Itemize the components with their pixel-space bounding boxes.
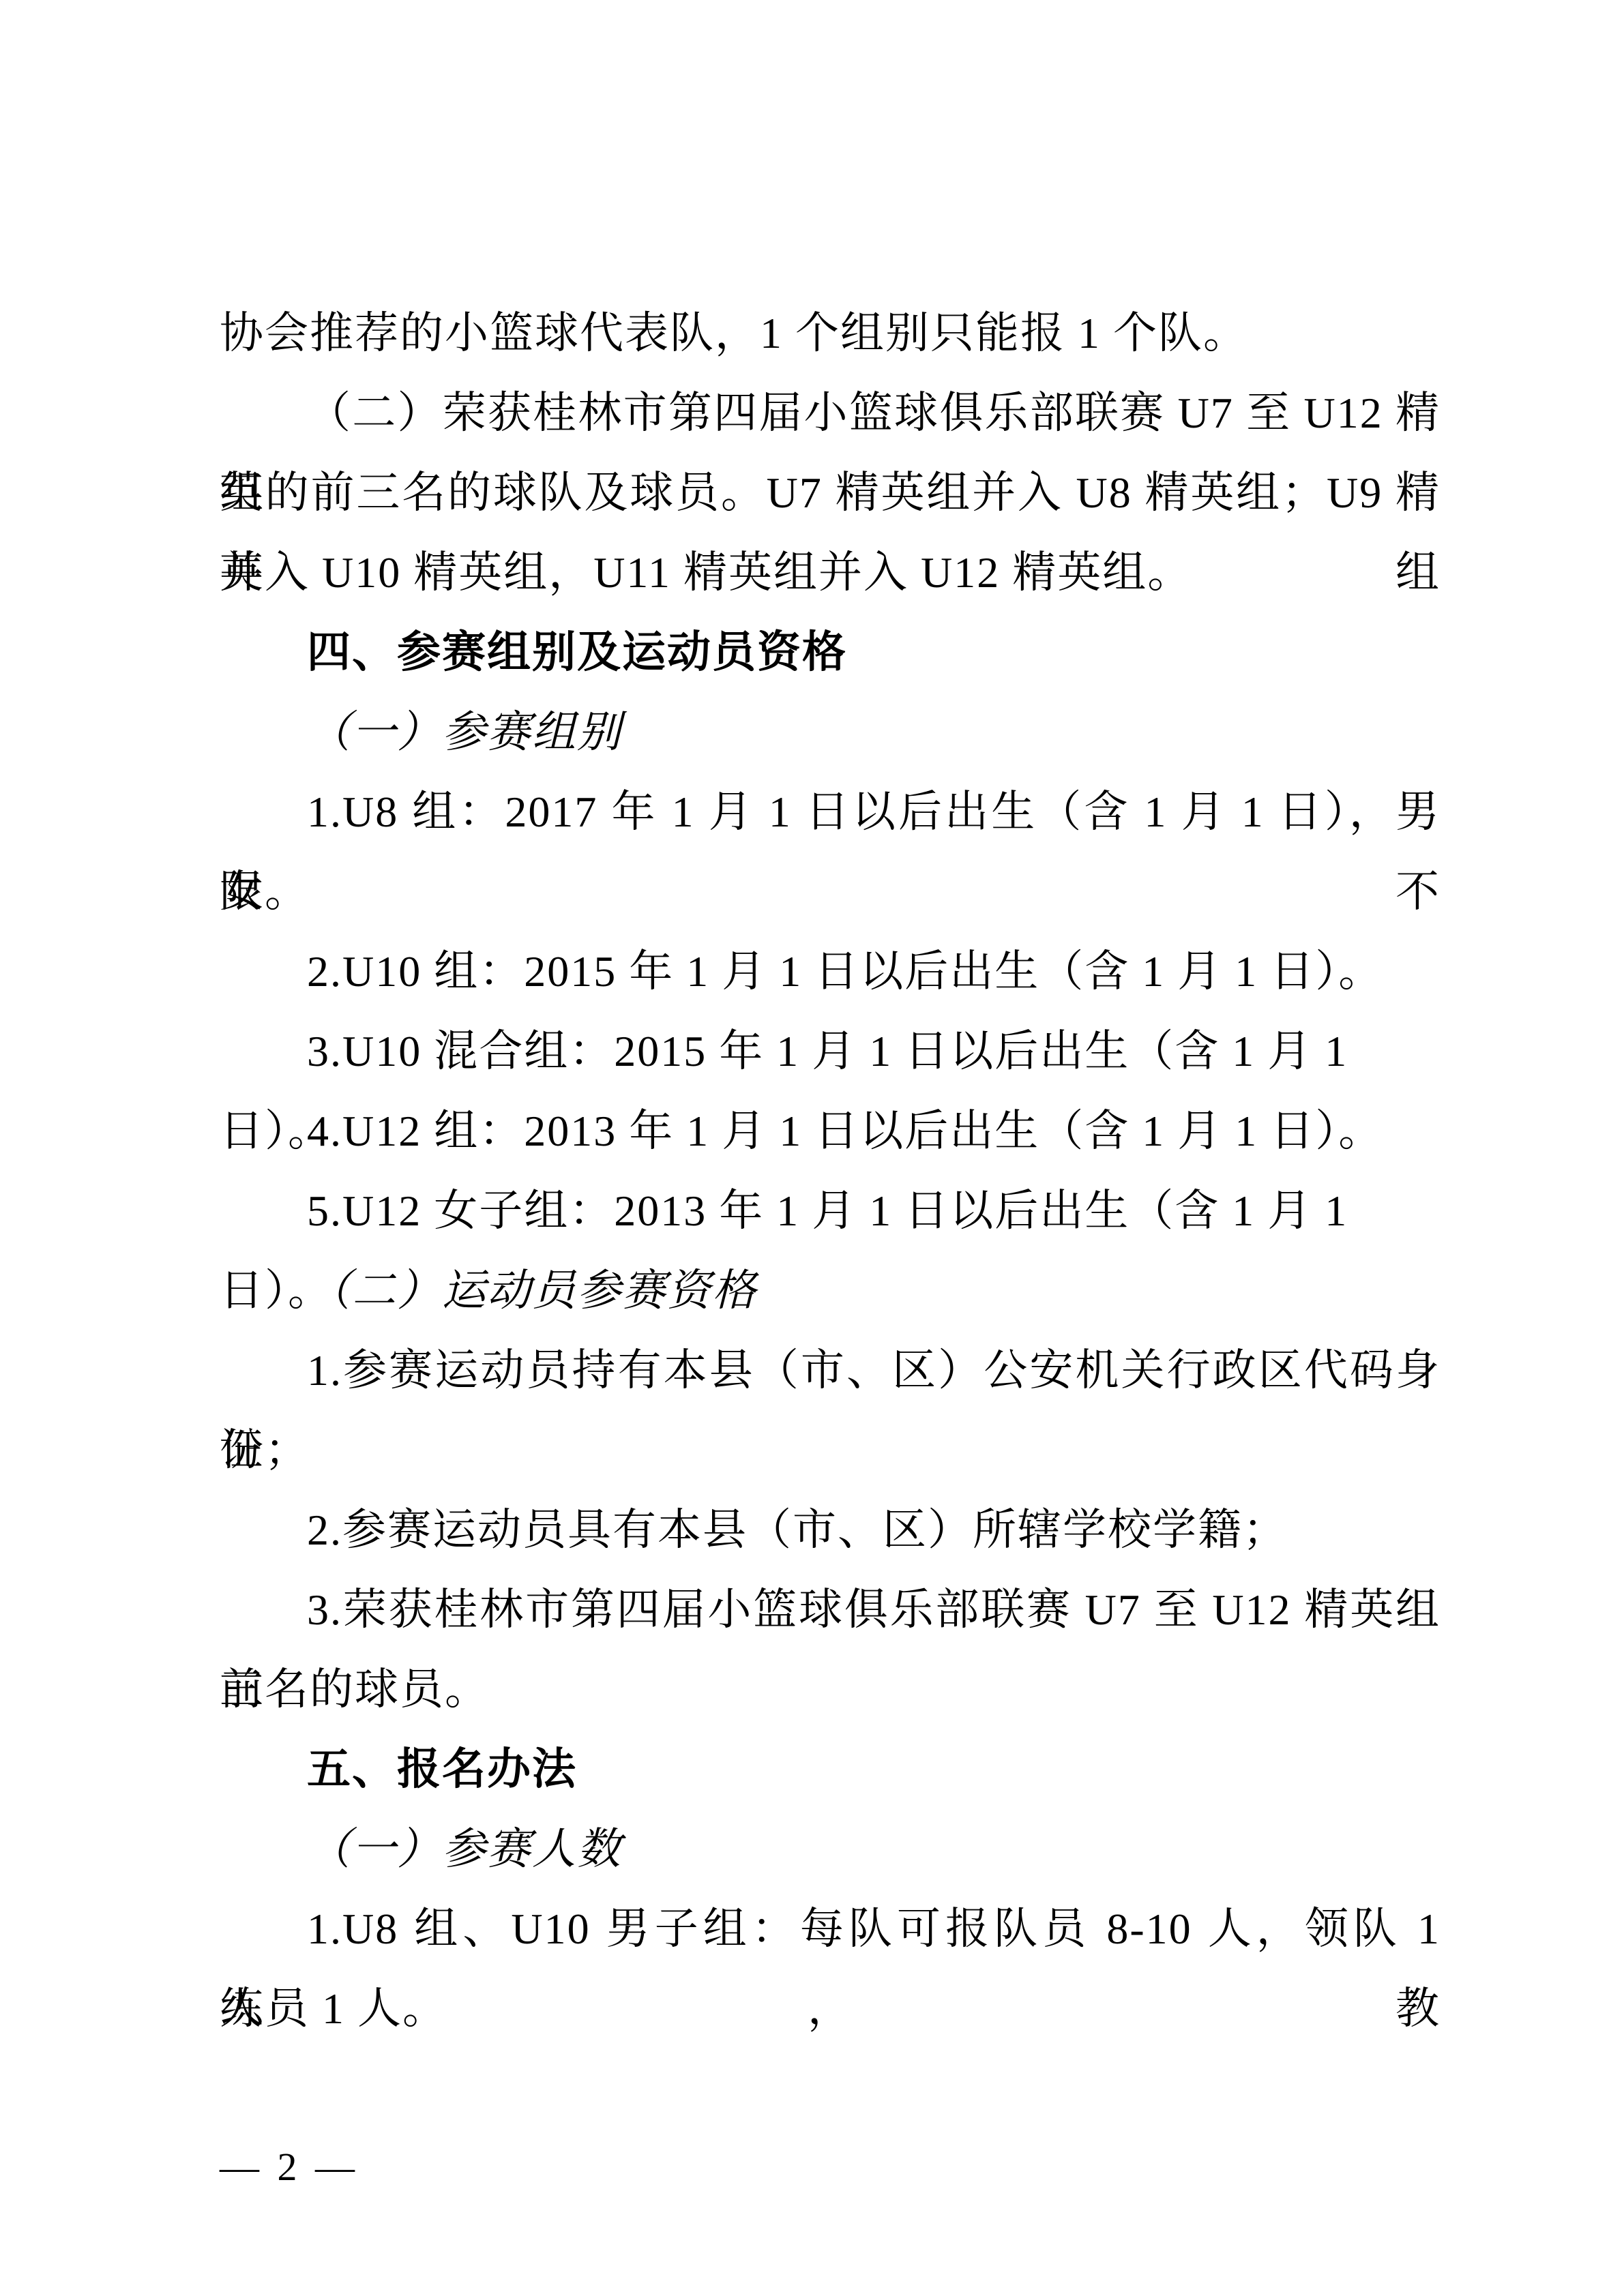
text-line: 1.参赛运动员持有本县（市、区）公安机关行政区代码身份 [220,1330,1441,1410]
text-line: 协会推荐的小篮球代表队，1 个组别只能报 1 个队。 [220,293,1441,373]
text-line: 5.U12 女子组：2013 年 1 月 1 日以后出生（含 1 月 1 日）。 [220,1171,1441,1251]
text-line: 四、参赛组别及运动员资格 [220,612,1441,692]
document-body: 协会推荐的小篮球代表队，1 个组别只能报 1 个队。（二）荣获桂林市第四届小篮球… [220,293,1441,2048]
page-number: — 2 — [220,2145,359,2189]
text-line: 3.荣获桂林市第四届小篮球俱乐部联赛 U7 至 U12 精英组前 [220,1570,1441,1650]
text-line: 三名的球员。 [220,1650,1441,1729]
page-footer: — 2 — [220,2143,359,2191]
text-line: 3.U10 混合组：2015 年 1 月 1 日以后出生（含 1 月 1 日）。 [220,1011,1441,1091]
text-line: 组的前三名的球队及球员。U7 精英组并入 U8 精英组；U9 精英组 [220,453,1441,533]
text-line: （一）参赛人数 [220,1809,1441,1889]
text-line: 五、报名办法 [220,1729,1441,1809]
text-line: （二）荣获桂林市第四届小篮球俱乐部联赛 U7 至 U12 精英 [220,373,1441,453]
text-line: 2.U10 组：2015 年 1 月 1 日以后出生（含 1 月 1 日）。 [220,931,1441,1011]
text-line: 4.U12 组：2013 年 1 月 1 日以后出生（含 1 月 1 日）。 [220,1091,1441,1171]
text-line: 证； [220,1410,1441,1490]
text-line: 1.U8 组：2017 年 1 月 1 日以后出生（含 1 月 1 日），男女不 [220,772,1441,852]
text-line: 1.U8 组、U10 男子组：每队可报队员 8-10 人，领队 1 人，教 [220,1889,1441,1969]
text-line: （一）参赛组别 [220,692,1441,772]
text-line: 2.参赛运动员具有本县（市、区）所辖学校学籍； [220,1490,1441,1570]
text-line: （二）运动员参赛资格 [220,1251,1441,1330]
document-page: 协会推荐的小篮球代表队，1 个组别只能报 1 个队。（二）荣获桂林市第四届小篮球… [0,0,1624,2296]
